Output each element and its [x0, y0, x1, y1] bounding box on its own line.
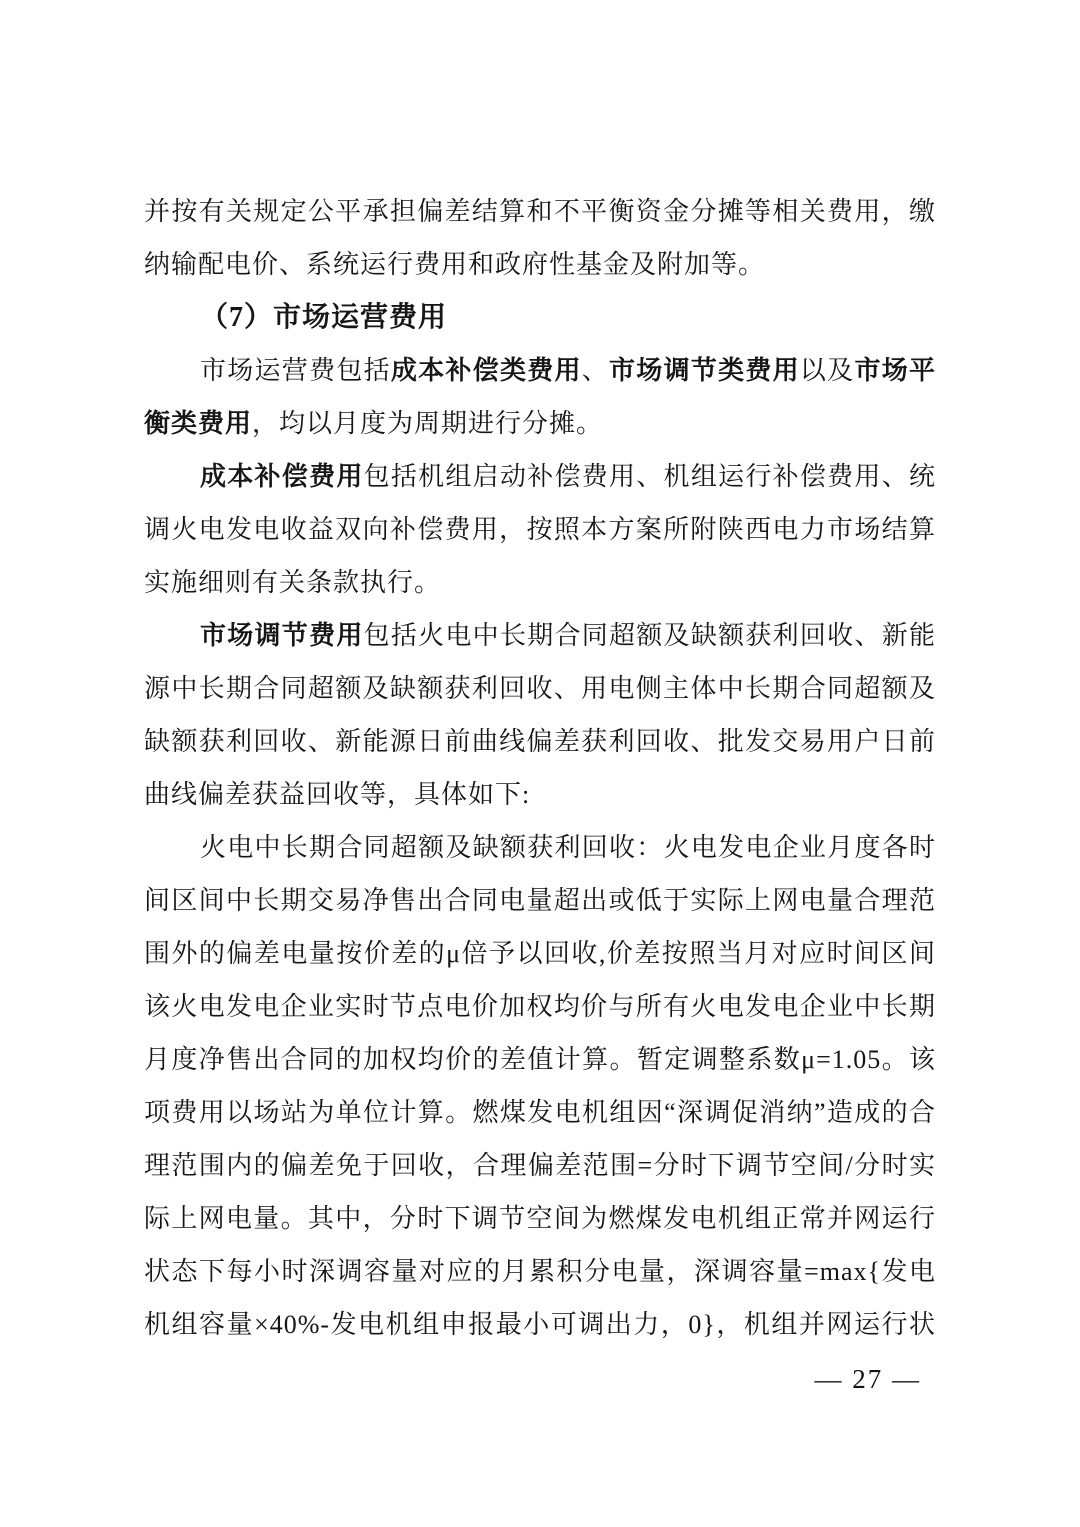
- heading-line: （7）市场运营费用: [144, 291, 936, 344]
- bold-text: 成本补偿类费用: [391, 356, 582, 385]
- paragraph: 市场调节费用包括火电中长期合同超额及缺额获利回收、新能 源中长期合同超额及缺额获…: [144, 609, 936, 821]
- body-text: 项费用以场站为单位计算。燃煤发电机组因“深调促消纳”造成的合: [144, 1098, 936, 1127]
- paragraph: 并按有关规定公平承担偏差结算和不平衡资金分摊等相关费用，缴 纳输配电价、系统运行…: [144, 185, 936, 291]
- bold-text: 成本补偿费用: [200, 462, 364, 491]
- text-line: 源中长期合同超额及缺额获利回收、用电侧主体中长期合同超额及: [144, 662, 936, 715]
- text-line: 机组容量×40%-发电机组申报最小可调出力，0}，机组并网运行状: [144, 1298, 936, 1351]
- text-line: 缺额获利回收、新能源日前曲线偏差获利回收、批发交易用户日前: [144, 715, 936, 768]
- body-text: 缺额获利回收、新能源日前曲线偏差获利回收、批发交易用户日前: [144, 727, 936, 756]
- document-body: 并按有关规定公平承担偏差结算和不平衡资金分摊等相关费用，缴 纳输配电价、系统运行…: [144, 185, 936, 1351]
- body-text: 间区间中长期交易净售出合同电量超出或低于实际上网电量合理范: [144, 886, 936, 915]
- text-line: 火电中长期合同超额及缺额获利回收：火电发电企业月度各时: [144, 821, 936, 874]
- body-text: 并按有关规定公平承担偏差结算和不平衡资金分摊等相关费用，缴: [144, 197, 936, 226]
- body-text: 理范围内的偏差免于回收，合理偏差范围=分时下调节空间/分时实: [144, 1151, 936, 1180]
- body-text: 包括火电中长期合同超额及缺额获利回收、新能: [364, 621, 936, 650]
- section-heading: （7）市场运营费用: [144, 291, 936, 344]
- text-line: 项费用以场站为单位计算。燃煤发电机组因“深调促消纳”造成的合: [144, 1086, 936, 1139]
- text-line: 并按有关规定公平承担偏差结算和不平衡资金分摊等相关费用，缴: [144, 185, 936, 238]
- text-line: 市场运营费包括成本补偿类费用、市场调节类费用以及市场平: [144, 344, 936, 397]
- paragraph: 成本补偿费用包括机组启动补偿费用、机组运行补偿费用、统 调火电发电收益双向补偿费…: [144, 450, 936, 609]
- body-text: 机组容量×40%-发电机组申报最小可调出力，0}，机组并网运行状: [144, 1310, 936, 1339]
- body-text: 火电中长期合同超额及缺额获利回收：火电发电企业月度各时: [200, 833, 936, 862]
- text-line: 状态下每小时深调容量对应的月累积分电量，深调容量=max{发电: [144, 1245, 936, 1298]
- text-line: 实施细则有关条款执行。: [144, 556, 936, 609]
- body-text: 以及: [800, 356, 855, 385]
- bold-text: 市场调节类费用: [609, 356, 800, 385]
- text-line: 市场调节费用包括火电中长期合同超额及缺额获利回收、新能: [144, 609, 936, 662]
- text-line: 调火电发电收益双向补偿费用，按照本方案所附陕西电力市场结算: [144, 503, 936, 556]
- body-text: 市场运营费包括: [200, 356, 391, 385]
- body-text: 实施细则有关条款执行。: [144, 568, 441, 597]
- body-text: 曲线偏差获益回收等，具体如下:: [144, 780, 530, 809]
- text-line: 成本补偿费用包括机组启动补偿费用、机组运行补偿费用、统: [144, 450, 936, 503]
- body-text: 、: [582, 356, 609, 385]
- body-text: 包括机组启动补偿费用、机组运行补偿费用、统: [364, 462, 936, 491]
- text-line: 曲线偏差获益回收等，具体如下:: [144, 768, 936, 821]
- body-text: 源中长期合同超额及缺额获利回收、用电侧主体中长期合同超额及: [144, 674, 936, 703]
- text-line: 月度净售出合同的加权均价的差值计算。暂定调整系数μ=1.05。该: [144, 1033, 936, 1086]
- text-line: 围外的偏差电量按价差的μ倍予以回收,价差按照当月对应时间区间: [144, 927, 936, 980]
- body-text: 调火电发电收益双向补偿费用，按照本方案所附陕西电力市场结算: [144, 515, 936, 544]
- text-line: 该火电发电企业实时节点电价加权均价与所有火电发电企业中长期: [144, 980, 936, 1033]
- body-text: ，均以月度为周期进行分摊。: [252, 409, 603, 438]
- bold-text: 市场平: [854, 356, 936, 385]
- text-line: 理范围内的偏差免于回收，合理偏差范围=分时下调节空间/分时实: [144, 1139, 936, 1192]
- body-text: 月度净售出合同的加权均价的差值计算。暂定调整系数μ=1.05。该: [144, 1045, 936, 1074]
- paragraph: 市场运营费包括成本补偿类费用、市场调节类费用以及市场平 衡类费用，均以月度为周期…: [144, 344, 936, 450]
- paragraph: 火电中长期合同超额及缺额获利回收：火电发电企业月度各时 间区间中长期交易净售出合…: [144, 821, 936, 1351]
- heading-text: （7）市场运营费用: [200, 302, 447, 333]
- text-line: 间区间中长期交易净售出合同电量超出或低于实际上网电量合理范: [144, 874, 936, 927]
- body-text: 该火电发电企业实时节点电价加权均价与所有火电发电企业中长期: [144, 992, 936, 1021]
- body-text: 际上网电量。其中，分时下调节空间为燃煤发电机组正常并网运行: [144, 1204, 936, 1233]
- text-line: 际上网电量。其中，分时下调节空间为燃煤发电机组正常并网运行: [144, 1192, 936, 1245]
- body-text: 纳输配电价、系统运行费用和政府性基金及附加等。: [144, 250, 765, 279]
- bold-text: 衡类费用: [144, 409, 252, 438]
- bold-text: 市场调节费用: [200, 621, 364, 650]
- document-page: 并按有关规定公平承担偏差结算和不平衡资金分摊等相关费用，缴 纳输配电价、系统运行…: [0, 0, 1080, 1527]
- page-number: — 27 —: [815, 1364, 922, 1394]
- body-text: 状态下每小时深调容量对应的月累积分电量，深调容量=max{发电: [144, 1257, 936, 1286]
- text-line: 纳输配电价、系统运行费用和政府性基金及附加等。: [144, 238, 936, 291]
- text-line: 衡类费用，均以月度为周期进行分摊。: [144, 397, 936, 450]
- body-text: 围外的偏差电量按价差的μ倍予以回收,价差按照当月对应时间区间: [144, 939, 936, 968]
